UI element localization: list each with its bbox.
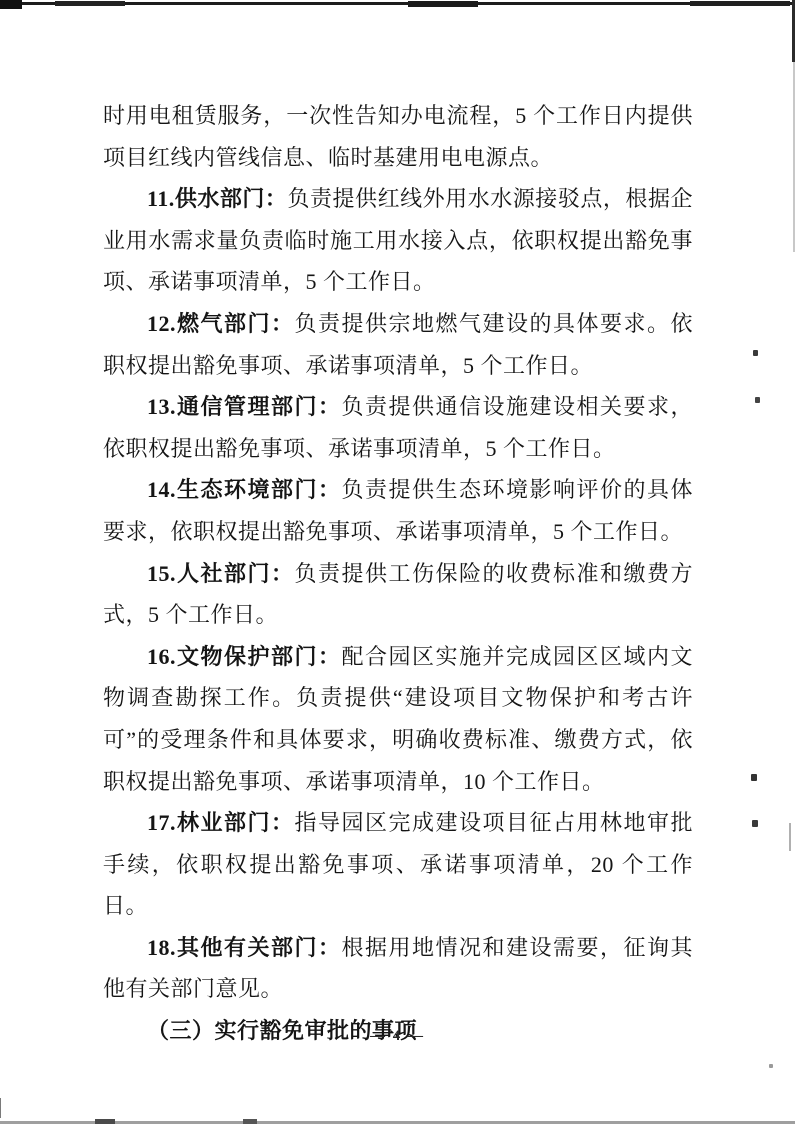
item-13-label: 13.通信管理部门：	[147, 394, 342, 419]
item-16-label: 16.文物保护部门：	[147, 644, 342, 669]
scan-artifact-top-blob	[408, 1, 478, 7]
document-body: 时用电租赁服务，一次性告知办电流程，5 个工作日内提供项目红线内管线信息、临时基…	[103, 95, 693, 1052]
item-12-label: 12.燃气部门：	[147, 311, 295, 336]
scan-artifact-speck	[755, 397, 760, 403]
scan-artifact-top-blob	[55, 1, 125, 6]
scan-artifact-top-band	[0, 2, 795, 5]
list-item-11: 11.供水部门：负责提供红线外用水水源接驳点，根据企业用水需求量负责临时施工用水…	[103, 178, 693, 303]
continuation-paragraph-text: 时用电租赁服务，一次性告知办电流程，5 个工作日内提供项目红线内管线信息、临时基…	[103, 103, 693, 170]
page-number: — 4 —	[0, 1028, 795, 1045]
list-item-14: 14.生态环境部门：负责提供生态环境影响评价的具体要求，依职权提出豁免事项、承诺…	[103, 469, 693, 552]
item-18-label: 18.其他有关部门：	[147, 935, 342, 960]
scan-artifact-speck	[769, 1064, 773, 1068]
item-11-label: 11.供水部门：	[147, 186, 287, 211]
scan-artifact-top-blob	[0, 0, 22, 9]
list-item-18: 18.其他有关部门：根据用地情况和建设需要，征询其他有关部门意见。	[103, 927, 693, 1010]
scan-artifact-bottom-blob	[95, 1119, 115, 1124]
scan-artifact-bottom-blob	[243, 1119, 257, 1124]
continuation-paragraph: 时用电租赁服务，一次性告知办电流程，5 个工作日内提供项目红线内管线信息、临时基…	[103, 95, 693, 178]
scan-artifact-speck	[751, 774, 757, 781]
item-15-label: 15.人社部门：	[147, 561, 295, 586]
list-item-16: 16.文物保护部门：配合园区实施并完成园区区域内文物调查勘探工作。负责提供“建设…	[103, 636, 693, 802]
scan-artifact-right-edge-dash	[789, 823, 791, 851]
scan-artifact-top-blob	[690, 1, 790, 6]
list-item-15: 15.人社部门：负责提供工伤保险的收费标准和缴费方式，5 个工作日。	[103, 553, 693, 636]
list-item-12: 12.燃气部门：负责提供宗地燃气建设的具体要求。依职权提出豁免事项、承诺事项清单…	[103, 303, 693, 386]
item-14-label: 14.生态环境部门：	[147, 477, 342, 502]
document-page: { "page": { "footer_page_number": "— 4 —…	[0, 0, 795, 1124]
list-item-17: 17.林业部门：指导园区完成建设项目征占用林地审批手续，依职权提出豁免事项、承诺…	[103, 802, 693, 927]
scan-artifact-bottom-left	[0, 1098, 1, 1118]
item-17-label: 17.林业部门：	[147, 810, 295, 835]
list-item-13: 13.通信管理部门：负责提供通信设施建设相关要求，依职权提出豁免事项、承诺事项清…	[103, 386, 693, 469]
scan-artifact-speck	[752, 820, 758, 827]
scan-artifact-speck	[753, 350, 758, 356]
